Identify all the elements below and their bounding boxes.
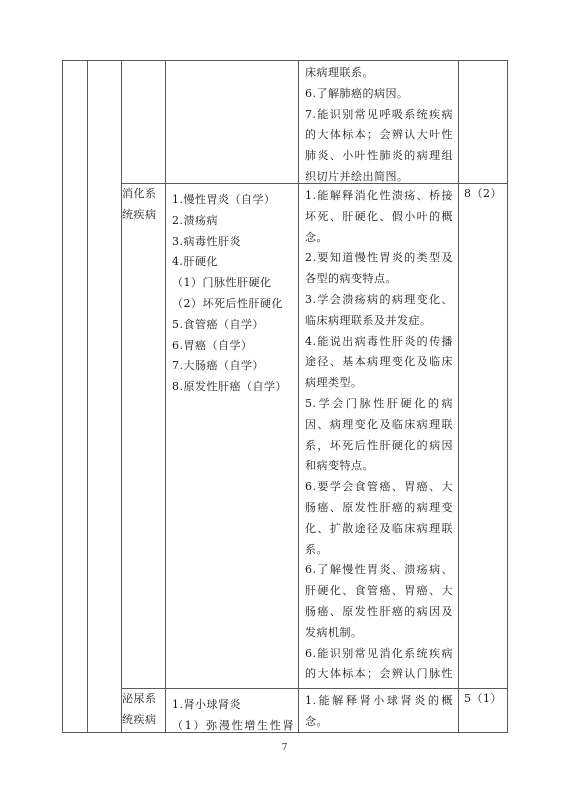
- content-cell: 1.慢性胃炎（自学）2.溃疡病3.病毒性肝炎4.肝硬化（1）门脉性肝硬化（2）坏…: [166, 184, 299, 689]
- document-page: 床病理联系。6.了解肺癌的病因。7.能识别常见呼吸系统疾病的大体标本；会辨认大叶…: [0, 0, 566, 800]
- text-line: 4.肝硬化: [172, 252, 294, 273]
- table-row: 消化系统疾病 1.慢性胃炎（自学）2.溃疡病3.病毒性肝炎4.肝硬化（1）门脉性…: [63, 184, 508, 689]
- section-cell: 消化系统疾病: [122, 184, 166, 689]
- text-line: 4.能说出病毒性肝炎的传播途径、基本病理变化及临床病理类型。: [305, 332, 453, 394]
- hours-cell: 8（2）: [459, 184, 508, 689]
- text-line: 7.大肠癌（自学）: [172, 356, 294, 377]
- text-line: 6.能识别常见消化系统疾病的大体标本；会辨认门脉性肝硬化、胃溃疡的病理组织切片并…: [305, 644, 453, 684]
- content-cell: 1.肾小球肾炎（1）弥漫性增生性肾小球: [166, 689, 299, 733]
- text-line: 2.溃疡病: [172, 211, 294, 232]
- objectives-cell: 1.能解释肾小球肾炎的概念。2.能说出肾小球肾炎的基本: [299, 689, 459, 733]
- text-line: 7.能识别常见呼吸系统疾病的大体标本；会辨认大叶性肺炎、小叶性肺炎的病理组织切片…: [305, 105, 453, 182]
- text-line: 1.慢性胃炎（自学）: [172, 190, 294, 211]
- section-cell: [122, 61, 166, 184]
- objectives-cell: 1.能解释消化性溃疡、桥接坏死、肝硬化、假小叶的概念。2.要知道慢性胃炎的类型及…: [299, 184, 459, 689]
- objectives-cell: 床病理联系。6.了解肺癌的病因。7.能识别常见呼吸系统疾病的大体标本；会辨认大叶…: [299, 61, 459, 184]
- text-line: 床病理联系。: [305, 63, 453, 84]
- text-line: 6.了解肺癌的病因。: [305, 84, 453, 105]
- objectives-text: 1.能解释消化性溃疡、桥接坏死、肝硬化、假小叶的概念。2.要知道慢性胃炎的类型及…: [299, 184, 458, 684]
- text-line: 3.学会溃疡病的病理变化、临床病理联系及并发症。: [305, 290, 453, 332]
- text-line: 5.食管癌（自学）: [172, 315, 294, 336]
- table-row: 泌尿系统疾病 1.肾小球肾炎（1）弥漫性增生性肾小球 1.能解释肾小球肾炎的概念…: [63, 689, 508, 733]
- text-line: 1.能解释肾小球肾炎的概念。: [305, 691, 453, 728]
- text-line: （2）坏死后性肝硬化: [172, 294, 294, 315]
- spacer-column-1: [63, 61, 88, 733]
- hours-cell: [459, 61, 508, 184]
- text-line: （1）门脉性肝硬化: [172, 273, 294, 294]
- text-line: 2.要知道慢性胃炎的类型及各型的病变特点。: [305, 248, 453, 290]
- content-cell: [166, 61, 299, 184]
- objectives-text: 床病理联系。6.了解肺癌的病因。7.能识别常见呼吸系统疾病的大体标本；会辨认大叶…: [299, 61, 458, 182]
- objectives-text: 1.能解释肾小球肾炎的概念。2.能说出肾小球肾炎的基本: [299, 689, 458, 728]
- text-line: 6.了解慢性胃炎、溃疡病、肝硬化、食管癌、胃癌、大肠癌、原发性肝癌的病因及发病机…: [305, 560, 453, 643]
- text-line: 1.肾小球肾炎: [172, 695, 294, 716]
- content-text: 1.肾小球肾炎（1）弥漫性增生性肾小球: [166, 689, 298, 732]
- text-line: 6.要学会食管癌、胃癌、大肠癌、原发性肝癌的病理变化、扩散途径及临床病理联系。: [305, 477, 453, 560]
- text-line: （1）弥漫性增生性肾小球: [172, 716, 294, 732]
- hours-cell: 5（1）: [459, 689, 508, 733]
- text-line: 1.能解释消化性溃疡、桥接坏死、肝硬化、假小叶的概念。: [305, 186, 453, 248]
- text-line: 5.学会门脉性肝硬化的病因、病理变化及临床病理联系，坏死后性肝硬化的病因和病变特…: [305, 394, 453, 477]
- spacer-column-2: [88, 61, 122, 733]
- table-row: 床病理联系。6.了解肺癌的病因。7.能识别常见呼吸系统疾病的大体标本；会辨认大叶…: [63, 61, 508, 184]
- course-syllabus-table: 床病理联系。6.了解肺癌的病因。7.能识别常见呼吸系统疾病的大体标本；会辨认大叶…: [62, 60, 508, 733]
- page-number: 7: [62, 742, 507, 753]
- section-cell: 泌尿系统疾病: [122, 689, 166, 733]
- text-line: 3.病毒性肝炎: [172, 232, 294, 253]
- text-line: 8.原发性肝癌（自学）: [172, 377, 294, 398]
- content-text: 1.慢性胃炎（自学）2.溃疡病3.病毒性肝炎4.肝硬化（1）门脉性肝硬化（2）坏…: [166, 184, 298, 688]
- text-line: 6.胃癌（自学）: [172, 336, 294, 357]
